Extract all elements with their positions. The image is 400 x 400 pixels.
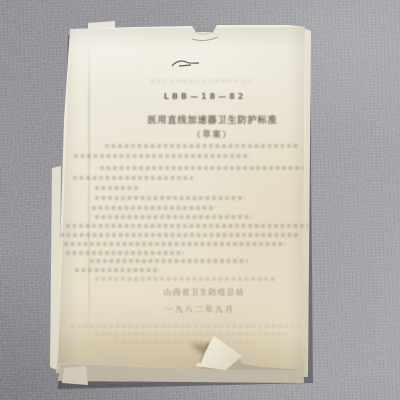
bleed-through-line (115, 340, 255, 344)
body-text-line (64, 242, 286, 246)
body-text-line (66, 224, 308, 228)
issuer-line: 山西省卫生防疫总站 (148, 287, 260, 298)
body-text-line (95, 196, 245, 200)
document-code: LBB—18—82 (120, 92, 290, 101)
body-text-line (100, 166, 303, 170)
pen-scribble-mark (170, 57, 202, 71)
body-text-line (105, 144, 298, 148)
top-edge-crimp-crease (188, 22, 222, 46)
document-subtitle: （草案） (130, 129, 295, 140)
date-line: 一九八二年九月 (150, 304, 250, 315)
body-text-line (90, 259, 248, 263)
body-text-line (66, 251, 184, 255)
body-text-line (73, 176, 193, 180)
body-text-line (75, 268, 160, 272)
body-text-line (92, 206, 216, 210)
paper-crease (88, 40, 90, 350)
body-text-line (95, 215, 252, 219)
body-text-line (95, 277, 275, 281)
bleed-through-line (95, 332, 290, 336)
body-text-line (95, 186, 139, 190)
photo-scene: LBB—18—82 医用直线加速器卫生防护标准 （草案） 山西省卫生防疫总站 一… (0, 0, 400, 400)
body-text-line (74, 154, 250, 158)
body-text-line (60, 233, 300, 237)
bleed-through-line (70, 324, 300, 328)
bleed-through-line (150, 79, 254, 83)
document-title: 医用直线加速器卫生防护标准 (130, 113, 295, 126)
